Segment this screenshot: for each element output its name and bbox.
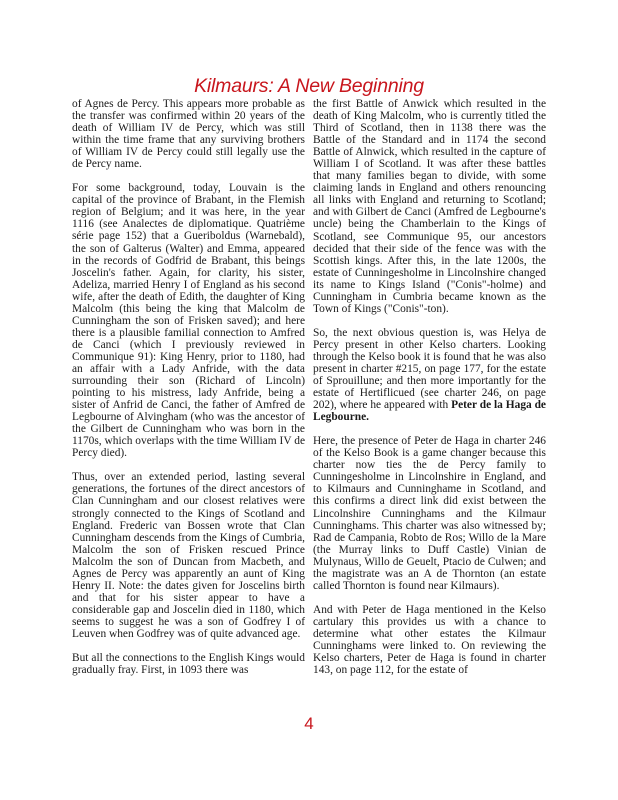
right-column: the first Battle of Anwick which resulte… (313, 98, 546, 688)
paragraph: For some background, today, Louvain is t… (72, 182, 305, 459)
paragraph-helya: So, the next obvious question is, was He… (313, 327, 546, 423)
paragraph: the first Battle of Anwick which resulte… (313, 98, 546, 315)
paragraph: But all the connections to the English K… (72, 652, 305, 676)
paragraph: And with Peter de Haga mentioned in the … (313, 604, 546, 676)
paragraph: Thus, over an extended period, lasting s… (72, 471, 305, 640)
paragraph: of Agnes de Percy. This appears more pro… (72, 98, 305, 170)
paragraph: Here, the presence of Peter de Haga in c… (313, 435, 546, 592)
page-title: Kilmaurs: A New Beginning (0, 74, 618, 98)
page-number: 4 (0, 714, 618, 734)
left-column: of Agnes de Percy. This appears more pro… (72, 98, 305, 688)
